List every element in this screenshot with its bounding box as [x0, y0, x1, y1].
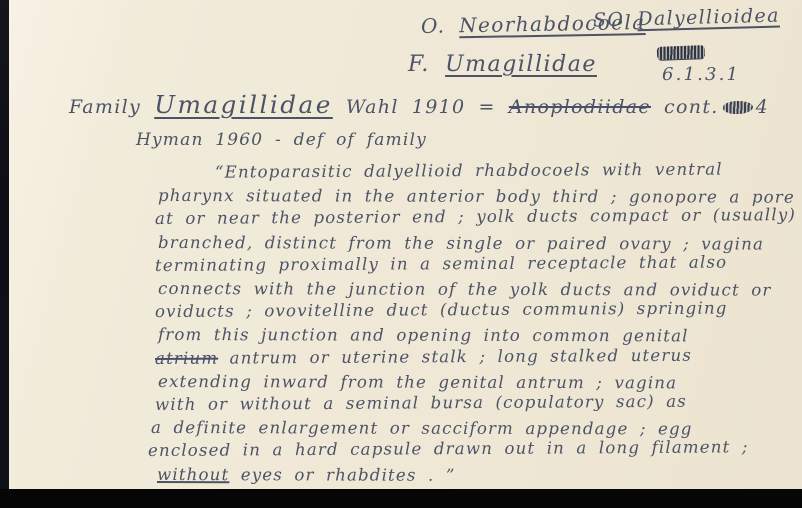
scan-bottom-edge-shadow [0, 489, 802, 508]
strikethrough-text: atrium [155, 348, 218, 367]
text-segment: antrum or uterine stalk ; long stalked u… [218, 345, 692, 367]
text-segment: terminating proximally in a seminal rece… [155, 252, 727, 274]
text-segment: “Entoparasitic dalyellioid rhabdocoels w… [215, 160, 723, 182]
family-name: Umagillidae [445, 52, 597, 77]
text-segment: enclosed in a hard capsule drawn out in … [148, 438, 749, 461]
quote-line: “Entoparasitic dalyellioid rhabdocoels w… [155, 157, 796, 184]
scribbled-out-mark [722, 100, 753, 115]
scan-left-edge-shadow [0, 0, 9, 489]
text-segment: at or near the posterior end ; yolk duct… [155, 205, 796, 228]
text-segment: 4 [756, 96, 769, 118]
text-segment: oviducts ; ovovitelline duct (ductus com… [155, 299, 728, 321]
quote-line: enclosed in a hard capsule drawn out in … [148, 435, 796, 462]
text-segment: cont. [651, 96, 719, 118]
suborder-prefix: SO [593, 9, 625, 32]
text-segment: eyes or rhabdites . ” [229, 465, 455, 485]
quote-line: with or without a seminal bursa (copulat… [155, 389, 796, 416]
quote-line: atrium antrum or uterine stalk ; long st… [155, 343, 796, 370]
catalog-card: O. Neorhabdocoela SO Dalyellioidea F. Um… [9, 0, 802, 489]
text-segment: extending inward from the genital antrum… [158, 372, 677, 392]
text-segment: from this junction and opening into comm… [158, 325, 689, 345]
quote-line: without eyes or rhabdites . ” [157, 463, 796, 488]
suborder-name: Dalyellioidea [637, 5, 780, 31]
family-prefix: F. [408, 52, 430, 77]
definition-quote: “Entoparasitic dalyellioid rhabdocoels w… [155, 161, 796, 486]
suborder-heading: SO Dalyellioidea [593, 5, 780, 32]
text-segment: Wahl 1910 = [333, 96, 509, 118]
family-heading: F. Umagillidae [408, 52, 597, 77]
text-segment: Umagillidae [154, 90, 333, 119]
quote-line: oviducts ; ovovitelline duct (ductus com… [155, 296, 796, 323]
strikethrough-text: Anoplodiidae [509, 96, 651, 118]
text-segment: with or without a seminal bursa (copulat… [155, 392, 687, 414]
card-code: 6.1.3.1 [662, 64, 740, 85]
quote-line: terminating proximally in a seminal rece… [155, 250, 796, 277]
scribbled-out-mark [657, 45, 705, 60]
text-segment: without [157, 465, 229, 484]
family-title-line: Family Umagillidae Wahl 1910 = Anoplodii… [69, 90, 769, 119]
reference-line: Hyman 1960 - def of family [136, 130, 427, 150]
quote-line: at or near the posterior end ; yolk duct… [155, 203, 796, 230]
text-segment: Family [69, 96, 154, 118]
order-prefix: O. [421, 14, 446, 38]
